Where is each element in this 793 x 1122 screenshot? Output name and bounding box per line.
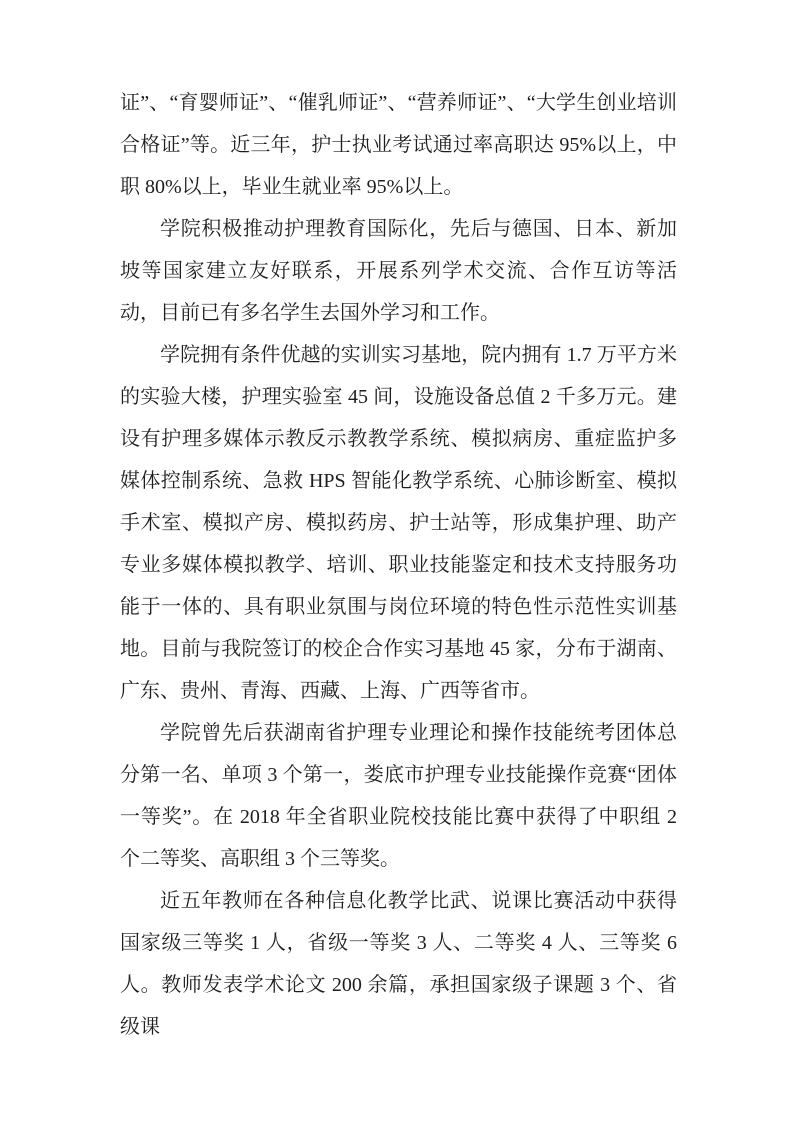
paragraph: 近五年教师在各种信息化教学比武、说课比赛活动中获得国家级三等奖 1 人，省级一等… [120,880,677,1048]
document-page: 证”、“育婴师证”、“催乳师证”、“营养师证”、“大学生创业培训合格证”等。近三… [0,0,793,1122]
paragraph: 学院积极推动护理教育国际化，先后与德国、日本、新加坡等国家建立友好联系，开展系列… [120,208,677,334]
paragraph: 学院拥有条件优越的实训实习基地，院内拥有 1.7 万平方米的实验大楼，护理实验室… [120,334,677,712]
document-body: 证”、“育婴师证”、“催乳师证”、“营养师证”、“大学生创业培训合格证”等。近三… [120,82,677,1048]
paragraph: 学院曾先后获湖南省护理专业理论和操作技能统考团体总分第一名、单项 3 个第一，娄… [120,712,677,880]
paragraph: 证”、“育婴师证”、“催乳师证”、“营养师证”、“大学生创业培训合格证”等。近三… [120,82,677,208]
